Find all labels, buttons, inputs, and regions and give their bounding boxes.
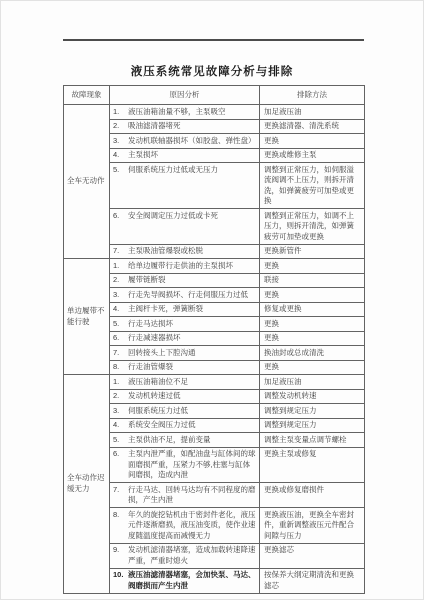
row-number: 7. [113, 246, 128, 257]
cause-text: 行走马达损坏 [128, 319, 256, 330]
cause-cell: 8.行走油管爆裂 [110, 360, 260, 375]
page-title: 液压系统常见故障分析与排除 [1, 63, 423, 79]
table-row: 2.发动机转速过低调整发动机转速 [64, 389, 365, 404]
fault-table: 故障现象 原因分析 排除方法 全车无动作1.液压油箱油量不够，主泵吸空加足液压油… [63, 85, 365, 594]
remedy-cell: 调整到正常压力，如伺服溢流阀调不上压力，则拆开清洗，如弹簧疲劳可加垫或更换 [260, 163, 365, 209]
cause-cell: 7.主泵吸油管爆裂或松脱 [110, 244, 260, 259]
cause-cell: 1.给单边履带行走供油的主泵损坏 [110, 259, 260, 274]
remedy-cell: 更换主泵或修复 [260, 447, 365, 483]
cause-text: 主泵供油不足，提前变量 [128, 435, 256, 446]
cause-cell: 8.年久的旋挖钻机由于密封件老化，液压元件逐渐磨损，液压油变质，使作业速度随温度… [110, 508, 260, 544]
header-rule [63, 39, 364, 41]
row-number: 6. [113, 449, 128, 481]
remedy-cell: 更换滤芯 [260, 543, 365, 568]
cause-text: 伺服系统压力过低 [128, 406, 256, 417]
remedy-cell: 调整到正常压力，如调不上压力，则拆开清洗，如弹簧疲劳可加垫或更换 [260, 209, 365, 245]
row-number: 1. [113, 377, 128, 388]
remedy-cell: 更换液压油，更换全车密封件，重新调整液压元件配合间隙与压力 [260, 508, 365, 544]
table-row: 5.伺服系统压力过低或无压力调整到正常压力，如伺服溢流阀调不上压力，则拆开清洗，… [64, 163, 365, 209]
row-number: 3. [113, 290, 128, 301]
remedy-cell: 更换 [260, 360, 365, 375]
remedy-cell: 更换 [260, 331, 365, 346]
table-row: 6.安全阀调定压力过低或卡死调整到正常压力，如调不上压力，则拆开清洗，如弹簧疲劳… [64, 209, 365, 245]
cause-text: 行走马达、回转马达均有不同程度的磨损，产生内泄 [128, 485, 256, 506]
cause-cell: 5.主泵供油不足，提前变量 [110, 433, 260, 448]
cause-text: 给单边履带行走供油的主泵损坏 [128, 261, 256, 272]
cause-cell: 3.伺服系统压力过低 [110, 404, 260, 419]
cause-text: 主阀杆卡死，弹簧断裂 [128, 304, 256, 315]
remedy-cell: 修复或更换 [260, 302, 365, 317]
row-number: 4. [113, 304, 128, 315]
remedy-cell: 更换滤清器、清洗系统 [260, 119, 365, 134]
table-row: 4.主泵损坏更换或维修主泵 [64, 148, 365, 163]
cause-cell: 4.主阀杆卡死，弹簧断裂 [110, 302, 260, 317]
remedy-cell: 调整主泵变量点调节螺栓 [260, 433, 365, 448]
table-header-row: 故障现象 原因分析 排除方法 [64, 86, 365, 105]
row-number: 3. [113, 406, 128, 417]
cause-cell: 6.安全阀调定压力过低或卡死 [110, 209, 260, 245]
table-row: 8.行走油管爆裂更换 [64, 360, 365, 375]
row-number: 10. [113, 570, 128, 591]
remedy-cell: 加足液压油 [260, 105, 365, 120]
table-row: 5.主泵供油不足，提前变量调整主泵变量点调节螺栓 [64, 433, 365, 448]
table-row: 3.发动机联轴器损坏（如胶盘、弹性盘）更换 [64, 134, 365, 149]
row-number: 9. [113, 545, 128, 566]
cause-cell: 7.行走马达、回转马达均有不同程度的磨损，产生内泄 [110, 483, 260, 508]
table-row: 2.履带链断裂联接 [64, 273, 365, 288]
row-number: 5. [113, 165, 128, 176]
remedy-cell: 更换 [260, 317, 365, 332]
cause-cell: 1.液压油箱油量不够，主泵吸空 [110, 105, 260, 120]
table-row: 6.主泵内泄严重，如配油盘与缸体间的球面磨损严重，压紧力不够,柱塞与缸体间磨损，… [64, 447, 365, 483]
table-row: 7.回转接头上下腔沟通换油封或总成清洗 [64, 346, 365, 361]
row-number: 6. [113, 333, 128, 344]
cause-text: 安全阀调定压力过低或卡死 [128, 211, 256, 222]
table-row: 3.行走先导阀损坏、行走伺服压力过低更换 [64, 288, 365, 303]
phenomenon-cell: 全车动作迟缓无力 [64, 375, 110, 594]
row-number: 7. [113, 348, 128, 359]
row-number: 5. [113, 319, 128, 330]
table-row: 6.行走减速器损坏更换 [64, 331, 365, 346]
row-number: 1. [113, 261, 128, 272]
cause-cell: 4.主泵损坏 [110, 148, 260, 163]
row-number: 2. [113, 391, 128, 402]
remedy-cell: 更换 [260, 288, 365, 303]
cause-cell: 3.行走先导阀损坏、行走伺服压力过低 [110, 288, 260, 303]
cause-cell: 7.回转接头上下腔沟通 [110, 346, 260, 361]
cause-text: 主泵内泄严重，如配油盘与缸体间的球面磨损严重，压紧力不够,柱塞与缸体间磨损，造成… [128, 449, 256, 481]
remedy-cell: 更换或修复磨损件 [260, 483, 365, 508]
cause-text: 伺服系统压力过低或无压力 [128, 165, 256, 176]
cause-cell: 6.主泵内泄严重，如配油盘与缸体间的球面磨损严重，压紧力不够,柱塞与缸体间磨损，… [110, 447, 260, 483]
cause-cell: 6.行走减速器损坏 [110, 331, 260, 346]
row-number: 4. [113, 150, 128, 161]
table-row: 2.吸油滤清器堵死更换滤清器、清洗系统 [64, 119, 365, 134]
cause-text: 行走减速器损坏 [128, 333, 256, 344]
cause-cell: 2.履带链断裂 [110, 273, 260, 288]
cause-cell: 2.发动机转速过低 [110, 389, 260, 404]
cause-cell: 3.发动机联轴器损坏（如胶盘、弹性盘） [110, 134, 260, 149]
row-number: 3. [113, 136, 128, 147]
cause-text: 履带链断裂 [128, 275, 256, 286]
remedy-cell: 加足液压油 [260, 375, 365, 390]
cause-cell: 5.行走马达损坏 [110, 317, 260, 332]
cause-text: 发动机滤清器堵塞，造成加载转速降速严重，严重时熄火 [128, 545, 256, 566]
cause-cell: 5.伺服系统压力过低或无压力 [110, 163, 260, 209]
fault-table-body: 全车无动作1.液压油箱油量不够，主泵吸空加足液压油2.吸油滤清器堵死更换滤清器、… [64, 105, 365, 594]
row-number: 7. [113, 485, 128, 506]
cause-text: 回转接头上下腔沟通 [128, 348, 256, 359]
cause-text: 液压油滤清器堵塞，会加快泵、马达、阀磨损而产生内泄 [128, 570, 256, 591]
table-row: 7.行走马达、回转马达均有不同程度的磨损，产生内泄更换或修复磨损件 [64, 483, 365, 508]
table-row: 全车无动作1.液压油箱油量不够，主泵吸空加足液压油 [64, 105, 365, 120]
table-row: 全车动作迟缓无力1.液压油箱油位不足加足液压油 [64, 375, 365, 390]
row-number: 2. [113, 275, 128, 286]
row-number: 2. [113, 121, 128, 132]
cause-cell: 10.液压油滤清器堵塞，会加快泵、马达、阀磨损而产生内泄 [110, 568, 260, 593]
cause-text: 系统安全阀压力过低 [128, 420, 256, 431]
document-page: 液压系统常见故障分析与排除 故障现象 原因分析 排除方法 全车无动作1.液压油箱… [0, 0, 424, 600]
cause-text: 年久的旋挖钻机由于密封件老化，液压元件逐渐磨损，液压油变质，使作业速度随温度提高… [128, 510, 256, 542]
remedy-cell: 联接 [260, 273, 365, 288]
table-row: 9.发动机滤清器堵塞，造成加载转速降速严重，严重时熄火更换滤芯 [64, 543, 365, 568]
remedy-cell: 调整到规定压力 [260, 418, 365, 433]
table-row: 5.行走马达损坏更换 [64, 317, 365, 332]
remedy-cell: 换油封或总成清洗 [260, 346, 365, 361]
col-header-remedy: 排除方法 [260, 86, 365, 105]
remedy-cell: 调整发动机转速 [260, 389, 365, 404]
cause-text: 主泵损坏 [128, 150, 256, 161]
table-row: 3.伺服系统压力过低调整到规定压力 [64, 404, 365, 419]
remedy-cell: 更换或维修主泵 [260, 148, 365, 163]
table-row: 4.主阀杆卡死，弹簧断裂修复或更换 [64, 302, 365, 317]
table-row: 8.年久的旋挖钻机由于密封件老化，液压元件逐渐磨损，液压油变质，使作业速度随温度… [64, 508, 365, 544]
phenomenon-cell: 单边履带不能行驶 [64, 259, 110, 375]
cause-text: 行走先导阀损坏、行走伺服压力过低 [128, 290, 256, 301]
row-number: 1. [113, 107, 128, 118]
cause-text: 发动机转速过低 [128, 391, 256, 402]
cause-cell: 9.发动机滤清器堵塞，造成加载转速降速严重，严重时熄火 [110, 543, 260, 568]
col-header-cause: 原因分析 [110, 86, 260, 105]
cause-text: 液压油箱油量不够，主泵吸空 [128, 107, 256, 118]
row-number: 8. [113, 362, 128, 373]
table-row: 4.系统安全阀压力过低调整到规定压力 [64, 418, 365, 433]
cause-text: 主泵吸油管爆裂或松脱 [128, 246, 256, 257]
cause-text: 液压油箱油位不足 [128, 377, 256, 388]
row-number: 4. [113, 420, 128, 431]
remedy-cell: 更换 [260, 259, 365, 274]
phenomenon-cell: 全车无动作 [64, 105, 110, 259]
cause-text: 吸油滤清器堵死 [128, 121, 256, 132]
row-number: 8. [113, 510, 128, 542]
table-row: 10.液压油滤清器堵塞，会加快泵、马达、阀磨损而产生内泄按保养大纲定期清洗和更换… [64, 568, 365, 593]
row-number: 5. [113, 435, 128, 446]
cause-cell: 2.吸油滤清器堵死 [110, 119, 260, 134]
cause-cell: 1.液压油箱油位不足 [110, 375, 260, 390]
col-header-phenomenon: 故障现象 [64, 86, 110, 105]
remedy-cell: 调整到规定压力 [260, 404, 365, 419]
remedy-cell: 更换新管件 [260, 244, 365, 259]
cause-text: 发动机联轴器损坏（如胶盘、弹性盘） [128, 136, 256, 147]
remedy-cell: 按保养大纲定期清洗和更换滤芯 [260, 568, 365, 593]
cause-text: 行走油管爆裂 [128, 362, 256, 373]
remedy-cell: 更换 [260, 134, 365, 149]
table-row: 单边履带不能行驶1.给单边履带行走供油的主泵损坏更换 [64, 259, 365, 274]
cause-cell: 4.系统安全阀压力过低 [110, 418, 260, 433]
table-row: 7.主泵吸油管爆裂或松脱更换新管件 [64, 244, 365, 259]
row-number: 6. [113, 211, 128, 222]
